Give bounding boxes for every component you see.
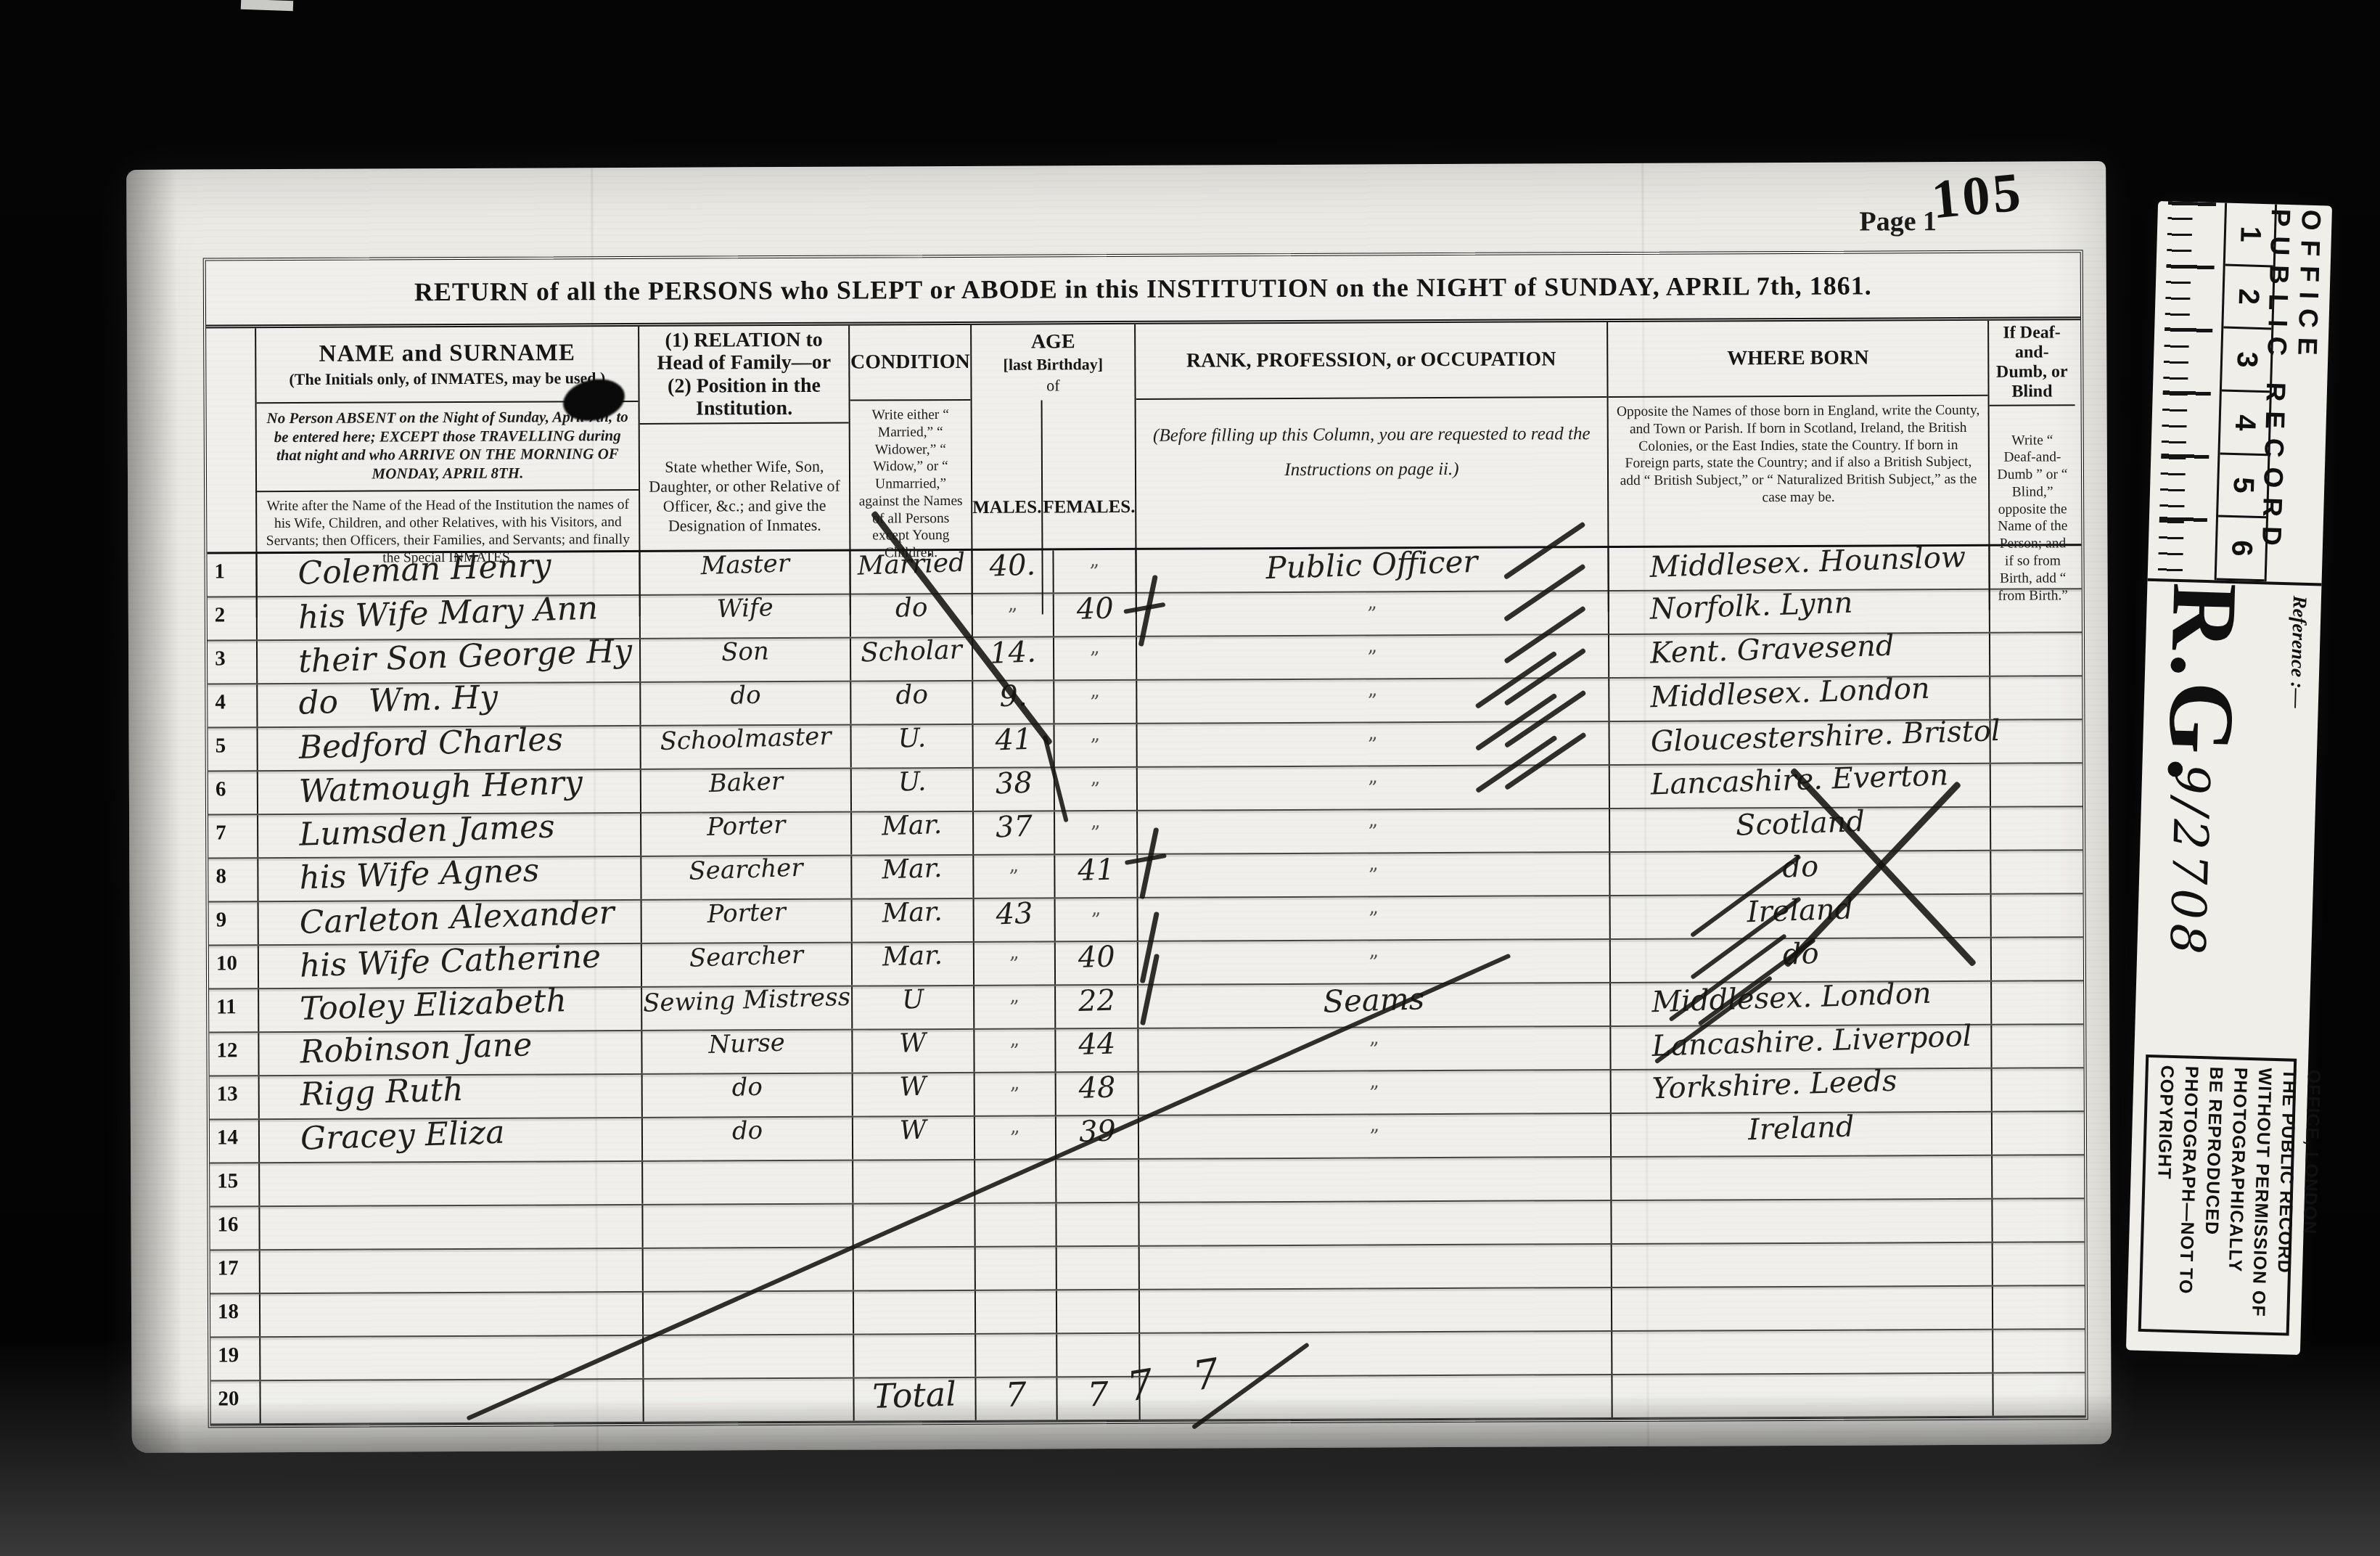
- header-age-subtitle: [last Birthday]: [1004, 356, 1104, 374]
- entry-relation: [642, 1379, 853, 1422]
- entry-age-male: 37: [972, 811, 1054, 853]
- entry-occupation-text: „: [1368, 681, 1378, 699]
- entry-age-male: „: [973, 1029, 1054, 1071]
- entry-occupation: „: [1136, 809, 1609, 853]
- entry-age-male-text: „: [1009, 944, 1019, 962]
- entry-deaf: [1990, 981, 2077, 1024]
- entry-name: [258, 1205, 641, 1249]
- row-number: 2: [208, 597, 256, 639]
- entry-deaf: [1992, 1330, 2079, 1372]
- table-row: 14Gracey ElizadoW„39„Ireland: [210, 1112, 2084, 1163]
- entry-name-text: his Wife Agnes: [299, 856, 540, 893]
- entry-occupation: [1138, 1245, 1611, 1289]
- entry-name: [259, 1336, 642, 1380]
- entry-name-text: his Wife Catherine: [299, 941, 601, 981]
- pro-reference-value: 9/2708: [2159, 763, 2220, 959]
- entry-relation: Sewing Mistress: [641, 987, 851, 1030]
- film-edge-artifact: [241, 0, 293, 11]
- entry-age-female: „: [1054, 724, 1136, 766]
- entry-age-female-text: „: [1091, 769, 1101, 787]
- entry-relation: Baker: [640, 769, 850, 812]
- pro-class-block: R.G. Reference :—: [2143, 581, 2322, 768]
- entry-occupation-text: „: [1368, 855, 1379, 873]
- entry-age-female-text: 40: [1076, 594, 1114, 623]
- entry-condition-text: do: [895, 683, 928, 709]
- entry-relation: Nurse: [641, 1031, 851, 1073]
- entry-born: Middlesex. London: [1609, 982, 1990, 1025]
- entry-relation-text: Searcher: [689, 943, 804, 970]
- pro-copyright-notice: COPYRIGHT PHOTOGRAPH—NOT TO BE REPRODUCE…: [2138, 1055, 2297, 1336]
- entry-age-male: [974, 1160, 1055, 1202]
- entry-born: Middlesex. London: [1608, 677, 1989, 721]
- entry-age-female-text: 48: [1078, 1073, 1116, 1102]
- entry-relation-text: Baker: [708, 770, 783, 796]
- entry-name-text: Carleton Alexander: [299, 898, 615, 938]
- entry-name: do Wm. Hy: [256, 683, 639, 726]
- entry-name-text: his Wife Mary Ann: [297, 593, 599, 633]
- entry-occupation-text: „: [1368, 811, 1379, 830]
- entry-age-female: „: [1054, 768, 1136, 810]
- entry-condition: [852, 1160, 974, 1203]
- entry-relation-text: do: [730, 684, 761, 708]
- entry-relation: Wife: [639, 595, 850, 638]
- header-relation-title: (1) RELATION to Head of Family—or (2) Po…: [644, 329, 845, 421]
- entry-age-male-text: 38: [995, 769, 1033, 798]
- entry-condition: U: [851, 986, 973, 1029]
- pro-office-label: PUBLIC RECORD OFFICE: [2255, 208, 2326, 583]
- entry-age-male: [974, 1247, 1056, 1289]
- document-title: RETURN of all the PERSONS who SLEPT or A…: [414, 270, 1872, 307]
- entry-relation-text: Searcher: [689, 856, 803, 883]
- entry-condition: W: [851, 1030, 973, 1073]
- header-born-title: WHERE BORN: [1727, 347, 1868, 370]
- entry-condition: [853, 1291, 974, 1334]
- entry-name: Lumsden James: [257, 814, 640, 857]
- entry-occupation: „: [1136, 853, 1609, 897]
- entry-born: [1611, 1287, 1992, 1330]
- row-number: 13: [210, 1076, 258, 1118]
- entry-relation-text: Master: [700, 552, 790, 578]
- entry-born-text: Kent. Gravesend: [1650, 632, 1895, 668]
- header-occupation-note: (Before filling up this Column, you are …: [1136, 398, 1608, 494]
- entry-condition: Mar.: [850, 812, 972, 855]
- entry-relation-text: Son: [721, 639, 770, 664]
- pro-reference-label: Reference :—: [2286, 595, 2311, 708]
- entry-name: Rigg Ruth: [258, 1075, 641, 1118]
- entry-age-male: „: [974, 1116, 1055, 1158]
- entry-deaf: [1989, 589, 2076, 632]
- entry-born: [1610, 1200, 1991, 1243]
- entry-condition: [853, 1335, 974, 1377]
- entry-age-male-text: 41: [995, 726, 1033, 755]
- row-number: 5: [208, 728, 257, 770]
- entry-condition-text: U.: [898, 770, 927, 795]
- entry-relation: Searcher: [641, 943, 851, 986]
- table-row: 16: [210, 1199, 2084, 1250]
- entry-age-female: [1056, 1247, 1138, 1289]
- entry-born-text: Gloucestershire. Bristol: [1650, 717, 2001, 756]
- entry-deaf: [1991, 1155, 2078, 1198]
- entry-name: [258, 1162, 641, 1205]
- entry-relation: do: [639, 682, 850, 725]
- entry-name: his Wife Mary Ann: [256, 596, 639, 639]
- entry-condition: do: [850, 681, 972, 724]
- entry-deaf: [1990, 938, 2077, 980]
- row-number: 7: [208, 815, 257, 857]
- entry-relation-text: Porter: [707, 901, 786, 927]
- title-band: RETURN of all the PERSONS who SLEPT or A…: [206, 253, 2080, 328]
- row-number: 1: [207, 554, 255, 596]
- entry-age-male: 9.: [972, 681, 1053, 723]
- table-row: 17: [210, 1242, 2085, 1294]
- entry-age-male-text: „: [1009, 988, 1019, 1006]
- entry-age-female-text: „: [1090, 682, 1100, 700]
- entry-relation-text: Sewing Mistress: [643, 986, 851, 1016]
- entry-relation: [642, 1335, 853, 1378]
- header-born-note: Opposite the Names of those born in Engl…: [1609, 396, 1989, 513]
- entry-age-male: 43: [973, 898, 1054, 941]
- entry-relation-text: Wife: [716, 596, 773, 621]
- entry-born: Middlesex. Hounslow: [1607, 546, 1988, 590]
- row-number: 15: [210, 1163, 258, 1205]
- entry-relation: Master: [639, 552, 849, 594]
- row-number: 4: [208, 684, 256, 726]
- entry-condition-text: W: [900, 1075, 927, 1100]
- entry-name: [259, 1249, 642, 1293]
- table-row: 18: [210, 1286, 2085, 1338]
- entry-name-text: do Wm. Hy: [298, 682, 498, 719]
- entry-age-female: 44: [1054, 1029, 1137, 1071]
- entry-relation: [641, 1161, 852, 1204]
- row-number: 9: [209, 902, 258, 944]
- entry-age-male-text: 37: [995, 813, 1033, 842]
- entry-name-text: Tooley Elizabeth: [300, 986, 567, 1025]
- header-condition-title: CONDITION: [850, 351, 970, 374]
- entry-occupation-text: „: [1369, 942, 1379, 960]
- entry-occupation: „: [1136, 679, 1608, 723]
- entry-born: Lancashire. Liverpool: [1609, 1025, 1990, 1069]
- entry-deaf: [1989, 676, 2076, 719]
- entry-name: their Son George Hy: [256, 639, 639, 683]
- entry-name: his Wife Catherine: [258, 944, 641, 988]
- entry-occupation: [1138, 1158, 1610, 1202]
- pro-class-label: R.G.: [2146, 581, 2259, 787]
- header-condition-note: Write either “ Married,” “ Widower,” “ W…: [850, 401, 972, 568]
- entry-occupation: „: [1136, 766, 1609, 810]
- entry-born: Norfolk. Lynn: [1608, 590, 1989, 634]
- entry-occupation-text: „: [1367, 594, 1377, 612]
- row-number: 8: [208, 859, 257, 901]
- entry-occupation: „: [1137, 940, 1609, 984]
- entry-condition: Mar.: [851, 943, 973, 986]
- entry-relation: Schoolmaster: [640, 726, 850, 769]
- entry-age-female: „: [1052, 550, 1135, 592]
- ruler-ticks-icon: [2158, 201, 2216, 580]
- row-number: 19: [210, 1338, 259, 1380]
- entry-name-text: their Son George Hy: [298, 636, 633, 678]
- row-number: 16: [210, 1207, 258, 1249]
- entry-age-male-text: „: [1008, 596, 1018, 614]
- entry-age-female-text: „: [1091, 813, 1101, 831]
- entry-name: Gracey Eliza: [258, 1118, 641, 1162]
- entry-age-male: 40.: [971, 550, 1052, 592]
- entry-occupation-text: „: [1368, 898, 1379, 917]
- entry-age-male-text: 43: [996, 900, 1033, 929]
- entry-condition-text: W: [899, 1031, 927, 1057]
- entry-born: [1611, 1374, 1992, 1417]
- entry-name-text: Coleman Henry: [297, 551, 551, 589]
- header-occupation-title: RANK, PROFESSION, or OCCUPATION: [1186, 348, 1556, 373]
- entry-name: Watmough Henry: [257, 770, 640, 814]
- entry-condition-text: Total: [872, 1378, 957, 1412]
- entry-born-text: Middlesex. London: [1650, 675, 1930, 711]
- entry-name: Robinson Jane: [258, 1031, 641, 1075]
- entry-name: [259, 1380, 642, 1423]
- table-rows: 1Coleman HenryMasterMarried40.„Public Of…: [207, 546, 2085, 1425]
- table-row: 15: [210, 1155, 2084, 1207]
- row-number: 18: [210, 1294, 259, 1336]
- entry-occupation-text: „: [1368, 724, 1378, 742]
- entry-condition-text: Mar.: [882, 900, 943, 927]
- entry-relation-text: Schoolmaster: [660, 724, 832, 753]
- entry-deaf: [1989, 633, 2076, 676]
- entry-born: Ireland: [1610, 1113, 1991, 1156]
- total-overflow-figures: 7 7: [1125, 1354, 1222, 1407]
- pro-reference-value-block: 9/2708: [2136, 763, 2316, 986]
- entry-born-text: Middlesex. Hounslow: [1649, 544, 1966, 581]
- row-number: 12: [209, 1033, 258, 1075]
- entry-age-male: „: [972, 594, 1053, 636]
- entry-occupation-text: „: [1368, 637, 1378, 655]
- census-scan-photo: { "page": { "label": "Page 1", "stamp": …: [0, 0, 2380, 1556]
- entry-age-male: „: [972, 855, 1054, 897]
- entry-age-male: [974, 1290, 1056, 1332]
- entry-age-male: 38: [972, 768, 1054, 810]
- entry-born: Lancashire. Everton: [1609, 764, 1990, 808]
- entry-condition-text: Mar.: [882, 856, 943, 883]
- entry-name: Bedford Charles: [257, 726, 640, 770]
- entry-age-female: [1055, 1203, 1138, 1245]
- entry-age-male-text: „: [1010, 1031, 1020, 1049]
- entry-relation: [642, 1248, 853, 1291]
- entry-name-text: Robinson Jane: [300, 1030, 533, 1068]
- entry-age-male-text: „: [1009, 857, 1019, 875]
- entry-condition: Mar.: [850, 856, 972, 898]
- table-header: NAME and SURNAME (The Initials only, of …: [206, 320, 2081, 554]
- entry-relation-text: Nurse: [708, 1031, 785, 1057]
- entry-condition-text: Scholar: [861, 638, 963, 666]
- entry-relation: [641, 1205, 852, 1248]
- entry-deaf: [1991, 1199, 2078, 1242]
- entry-occupation: Seams: [1137, 983, 1609, 1028]
- entry-condition: Scholar: [850, 638, 972, 681]
- page-number-stamp: 105: [1929, 160, 2026, 232]
- entry-age-female: 22: [1054, 986, 1137, 1028]
- entry-occupation-text: „: [1369, 1073, 1379, 1091]
- entry-occupation: „: [1136, 722, 1609, 766]
- entry-age-male: „: [974, 1073, 1055, 1115]
- entry-deaf: [1991, 1068, 2078, 1111]
- entry-age-female-text: 22: [1078, 986, 1115, 1015]
- entry-relation: Son: [639, 639, 850, 681]
- entry-relation: Porter: [640, 813, 850, 856]
- entry-condition: W: [852, 1117, 974, 1160]
- entry-age-male-text: 14.: [990, 639, 1037, 668]
- entry-deaf: [1989, 720, 2076, 763]
- entry-born: [1611, 1243, 1992, 1287]
- entry-age-female-text: „: [1090, 639, 1100, 657]
- table-frame: RETURN of all the PERSONS who SLEPT or A…: [203, 250, 2088, 1428]
- entry-occupation: „: [1137, 896, 1609, 941]
- entry-age-female-text: „: [1091, 900, 1101, 918]
- entry-name-text: Rigg Ruth: [300, 1075, 464, 1110]
- entry-occupation-text: „: [1370, 1116, 1380, 1134]
- entry-relation: Porter: [641, 900, 851, 943]
- entry-condition-text: U: [901, 988, 924, 1013]
- entry-age-male: [974, 1334, 1056, 1376]
- entry-relation: do: [641, 1118, 852, 1160]
- entry-born-text: Ireland: [1748, 1113, 1855, 1145]
- header-age-of: of: [1046, 377, 1059, 394]
- row-number: 11: [209, 989, 258, 1031]
- entry-occupation: [1138, 1288, 1611, 1332]
- entry-condition-text: U.: [898, 726, 927, 752]
- entry-age-female: „: [1054, 898, 1137, 941]
- entry-deaf: [1991, 1112, 2078, 1155]
- entry-occupation: „: [1138, 1070, 1610, 1115]
- entry-born: Gloucestershire. Bristol: [1608, 721, 1989, 764]
- entry-deaf: [1988, 546, 2075, 589]
- entry-age-male: „: [973, 986, 1054, 1028]
- entry-condition-text: Mar.: [882, 943, 943, 970]
- entry-age-female: „: [1053, 637, 1136, 679]
- entry-name-text: Bedford Charles: [298, 724, 564, 763]
- entry-deaf: [1990, 1025, 2077, 1068]
- entry-age-female: [1056, 1290, 1138, 1332]
- entry-relation-text: Porter: [706, 814, 785, 840]
- entry-condition: W: [852, 1073, 974, 1116]
- entry-occupation-text: „: [1369, 1029, 1379, 1047]
- entry-age-male-text: „: [1010, 1118, 1020, 1137]
- entry-born: Yorkshire. Leeds: [1610, 1069, 1991, 1113]
- pro-ruler: 123456 PUBLIC RECORD OFFICE: [2148, 201, 2333, 586]
- header-age-title: AGE: [1031, 330, 1075, 353]
- entry-born-text: Norfolk. Lynn: [1649, 589, 1853, 623]
- header-relation-note: State whether Wife, Son, Daughter, or ot…: [640, 424, 850, 542]
- entry-name-text: Watmough Henry: [298, 768, 583, 807]
- row-number: 10: [209, 946, 258, 988]
- entry-born: [1611, 1330, 1992, 1374]
- entry-condition: U.: [850, 725, 972, 768]
- row-number: 14: [210, 1120, 258, 1162]
- entry-age-female: [1055, 1160, 1138, 1202]
- entry-name: [259, 1293, 642, 1336]
- entry-relation: Searcher: [640, 856, 850, 899]
- entry-name: his Wife Agnes: [257, 857, 640, 901]
- entry-deaf: [1990, 763, 2077, 806]
- entry-deaf: [1992, 1373, 2079, 1416]
- entry-condition-text: do: [895, 596, 928, 622]
- entry-name-text: Lumsden James: [299, 811, 556, 850]
- entry-born-text: Middlesex. London: [1651, 980, 1932, 1016]
- entry-born-text: Yorkshire. Leeds: [1651, 1068, 1897, 1103]
- entry-occupation: „: [1138, 1114, 1610, 1158]
- entry-age-male-text: 40.: [989, 552, 1036, 581]
- entry-name-text: Gracey Eliza: [300, 1118, 505, 1155]
- entry-age-female: 40: [1054, 942, 1137, 984]
- entry-age-male: [974, 1203, 1055, 1245]
- entry-age-female-text: 40: [1078, 943, 1115, 972]
- entry-age-female: „: [1053, 681, 1136, 723]
- entry-deaf: [1990, 851, 2077, 893]
- entry-condition: [853, 1248, 974, 1290]
- entry-condition-text: W: [900, 1118, 927, 1144]
- entry-relation-text: do: [731, 1076, 763, 1100]
- header-deaf-title: If Deaf-and-Dumb, or Blind: [1993, 323, 2070, 401]
- row-number: 6: [208, 771, 257, 814]
- header-name-subtitle: (The Initials only, of INMATES, may be u…: [289, 369, 605, 388]
- entry-born: Kent. Gravesend: [1608, 634, 1989, 677]
- header-name-title: NAME and SURNAME: [319, 340, 576, 368]
- entry-condition: U.: [850, 769, 972, 811]
- entry-occupation: [1138, 1201, 1610, 1245]
- row-number: 3: [208, 641, 256, 683]
- pro-reference-strip: 123456 PUBLIC RECORD OFFICE R.G. Referen…: [2126, 201, 2332, 1355]
- entry-occupation-text: Public Officer: [1265, 547, 1478, 583]
- row-number: 20: [210, 1381, 259, 1423]
- entry-relation: do: [641, 1074, 852, 1117]
- entry-condition-text: Mar.: [882, 813, 943, 840]
- entry-born: [1610, 1156, 1991, 1200]
- entry-age-female-text: 7: [1087, 1379, 1109, 1412]
- census-page: Page 1 105 RETURN of all the PERSONS who…: [126, 161, 2112, 1453]
- entry-deaf: [1990, 894, 2077, 937]
- entry-age-male: 7: [974, 1377, 1056, 1420]
- entry-condition: Total: [853, 1378, 974, 1421]
- entry-relation-text: do: [731, 1119, 763, 1144]
- entry-age-female: 40: [1053, 594, 1136, 636]
- entry-age-female-text: „: [1091, 726, 1101, 744]
- entry-age-male-text: „: [1010, 1075, 1020, 1093]
- row-number: 17: [210, 1250, 259, 1293]
- entry-deaf: [1992, 1286, 2079, 1329]
- strip-spacer: [2134, 980, 2310, 1060]
- entry-name: Tooley Elizabeth: [258, 988, 641, 1031]
- entry-deaf: [1990, 807, 2077, 850]
- entry-age-female-text: 41: [1077, 856, 1115, 885]
- entry-occupation-text: „: [1368, 768, 1379, 786]
- entry-age-female-text: „: [1090, 552, 1100, 570]
- entry-condition: Mar.: [851, 899, 973, 942]
- entry-age-male: „: [973, 942, 1054, 984]
- entry-occupation: „: [1137, 1027, 1609, 1071]
- page-label: Page 1: [1859, 205, 1937, 237]
- entry-age-male-text: 7: [1005, 1379, 1027, 1412]
- entry-deaf: [1992, 1242, 2079, 1285]
- entry-age-female-text: 44: [1078, 1030, 1115, 1059]
- entry-age-female: 48: [1055, 1073, 1138, 1115]
